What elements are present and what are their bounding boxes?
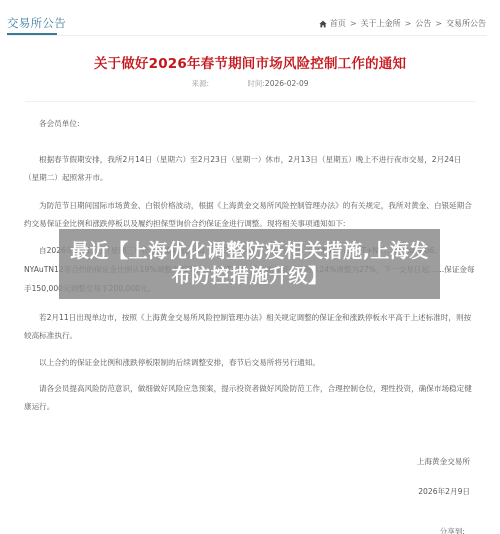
article-meta: 来源: 时间:2026-02-09 (0, 78, 500, 89)
overlay-headline: 最近【上海优化调整防疫相关措施,上海发布防控措施升级】 (65, 239, 434, 289)
salutation: 各会员单位: (24, 115, 476, 133)
breadcrumb-announcements[interactable]: 公告 (415, 18, 431, 29)
breadcrumb-home[interactable]: 首页 (330, 18, 346, 29)
home-icon[interactable] (319, 20, 327, 28)
page-header: 交易所公告 首页 > 关于上金所 > 公告 > 交易所公告 (0, 0, 500, 36)
time-label: 时间: (247, 79, 265, 88)
article-divider (25, 101, 475, 102)
share-label[interactable]: 分享到: (440, 526, 465, 534)
signoff-date: 2026年2月9日 (418, 486, 470, 497)
breadcrumb-about[interactable]: 关于上金所 (361, 18, 401, 29)
source-label: 来源: (191, 79, 209, 88)
breadcrumb-separator: > (350, 19, 357, 28)
paragraph-member-reminder: 请各会员提高风险防范意识，做细做好风险应急预案，提示投资者做好风险防范工作，合理… (24, 380, 476, 416)
paragraph-holiday-schedule: 根据春节假期安排，我所2月14日（星期六）至2月23日（星期一）休市，2月13日… (24, 151, 476, 187)
breadcrumb-separator: > (435, 19, 442, 28)
paragraph-risk-adjustment: 为防范节日期间国际市场黄金、白银价格波动，根据《上海黄金交易所风险控制管理办法》… (24, 197, 476, 233)
paragraph-follow-up: 以上合约的保证金比例和涨跌停板限制的后续调整安排，春节后交易所将另行通知。 (24, 354, 476, 372)
signoff-organization: 上海黄金交易所 (417, 456, 470, 467)
publish-date: 2026-02-09 (265, 79, 309, 88)
header-divider (7, 35, 487, 36)
breadcrumb: 首页 > 关于上金所 > 公告 > 交易所公告 (319, 18, 486, 29)
paragraph-unilateral-market: 若2月11日出现单边市，按照《上海黄金交易所风险控制管理办法》相关规定调整的保证… (24, 309, 476, 345)
section-title: 交易所公告 (7, 15, 66, 31)
article-title: 关于做好2026年春节期间市场风险控制工作的通知 (0, 52, 500, 72)
breadcrumb-exchange-announcements[interactable]: 交易所公告 (446, 18, 486, 29)
headline-overlay-banner: 最近【上海优化调整防疫相关措施,上海发布防控措施升级】 (59, 229, 440, 299)
breadcrumb-separator: > (405, 19, 412, 28)
